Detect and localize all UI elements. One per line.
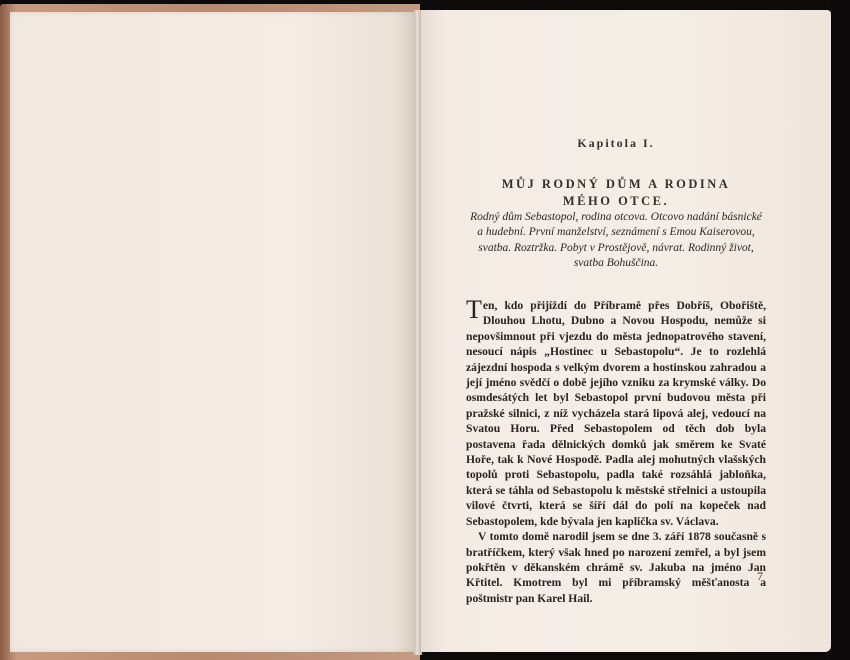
paragraph-1-text: en, kdo přijíždí do Příbramě přes Dobříš…: [466, 299, 766, 528]
left-page-blank: [10, 12, 415, 652]
paragraph-2: V tomto domě narodil jsem se dne 3. září…: [466, 529, 766, 606]
chapter-title: MŮJ RODNÝ DŮM A RODINA MÉHO OTCE.: [466, 176, 766, 210]
page-number: 7: [757, 569, 763, 584]
body-text: Ten, kdo přijíždí do Příbramě přes Dobří…: [466, 298, 766, 606]
chapter-label: Kapitola I.: [466, 136, 766, 151]
paragraph-1: Ten, kdo přijíždí do Příbramě přes Dobří…: [466, 298, 766, 529]
drop-cap: T: [466, 302, 482, 318]
chapter-title-line1: MŮJ RODNÝ DŮM A RODINA: [466, 176, 766, 193]
chapter-title-line2: MÉHO OTCE.: [466, 193, 766, 210]
chapter-summary: Rodný dům Sebastopol, rodina otcova. Otc…: [466, 210, 766, 271]
background-dark: [831, 0, 850, 660]
